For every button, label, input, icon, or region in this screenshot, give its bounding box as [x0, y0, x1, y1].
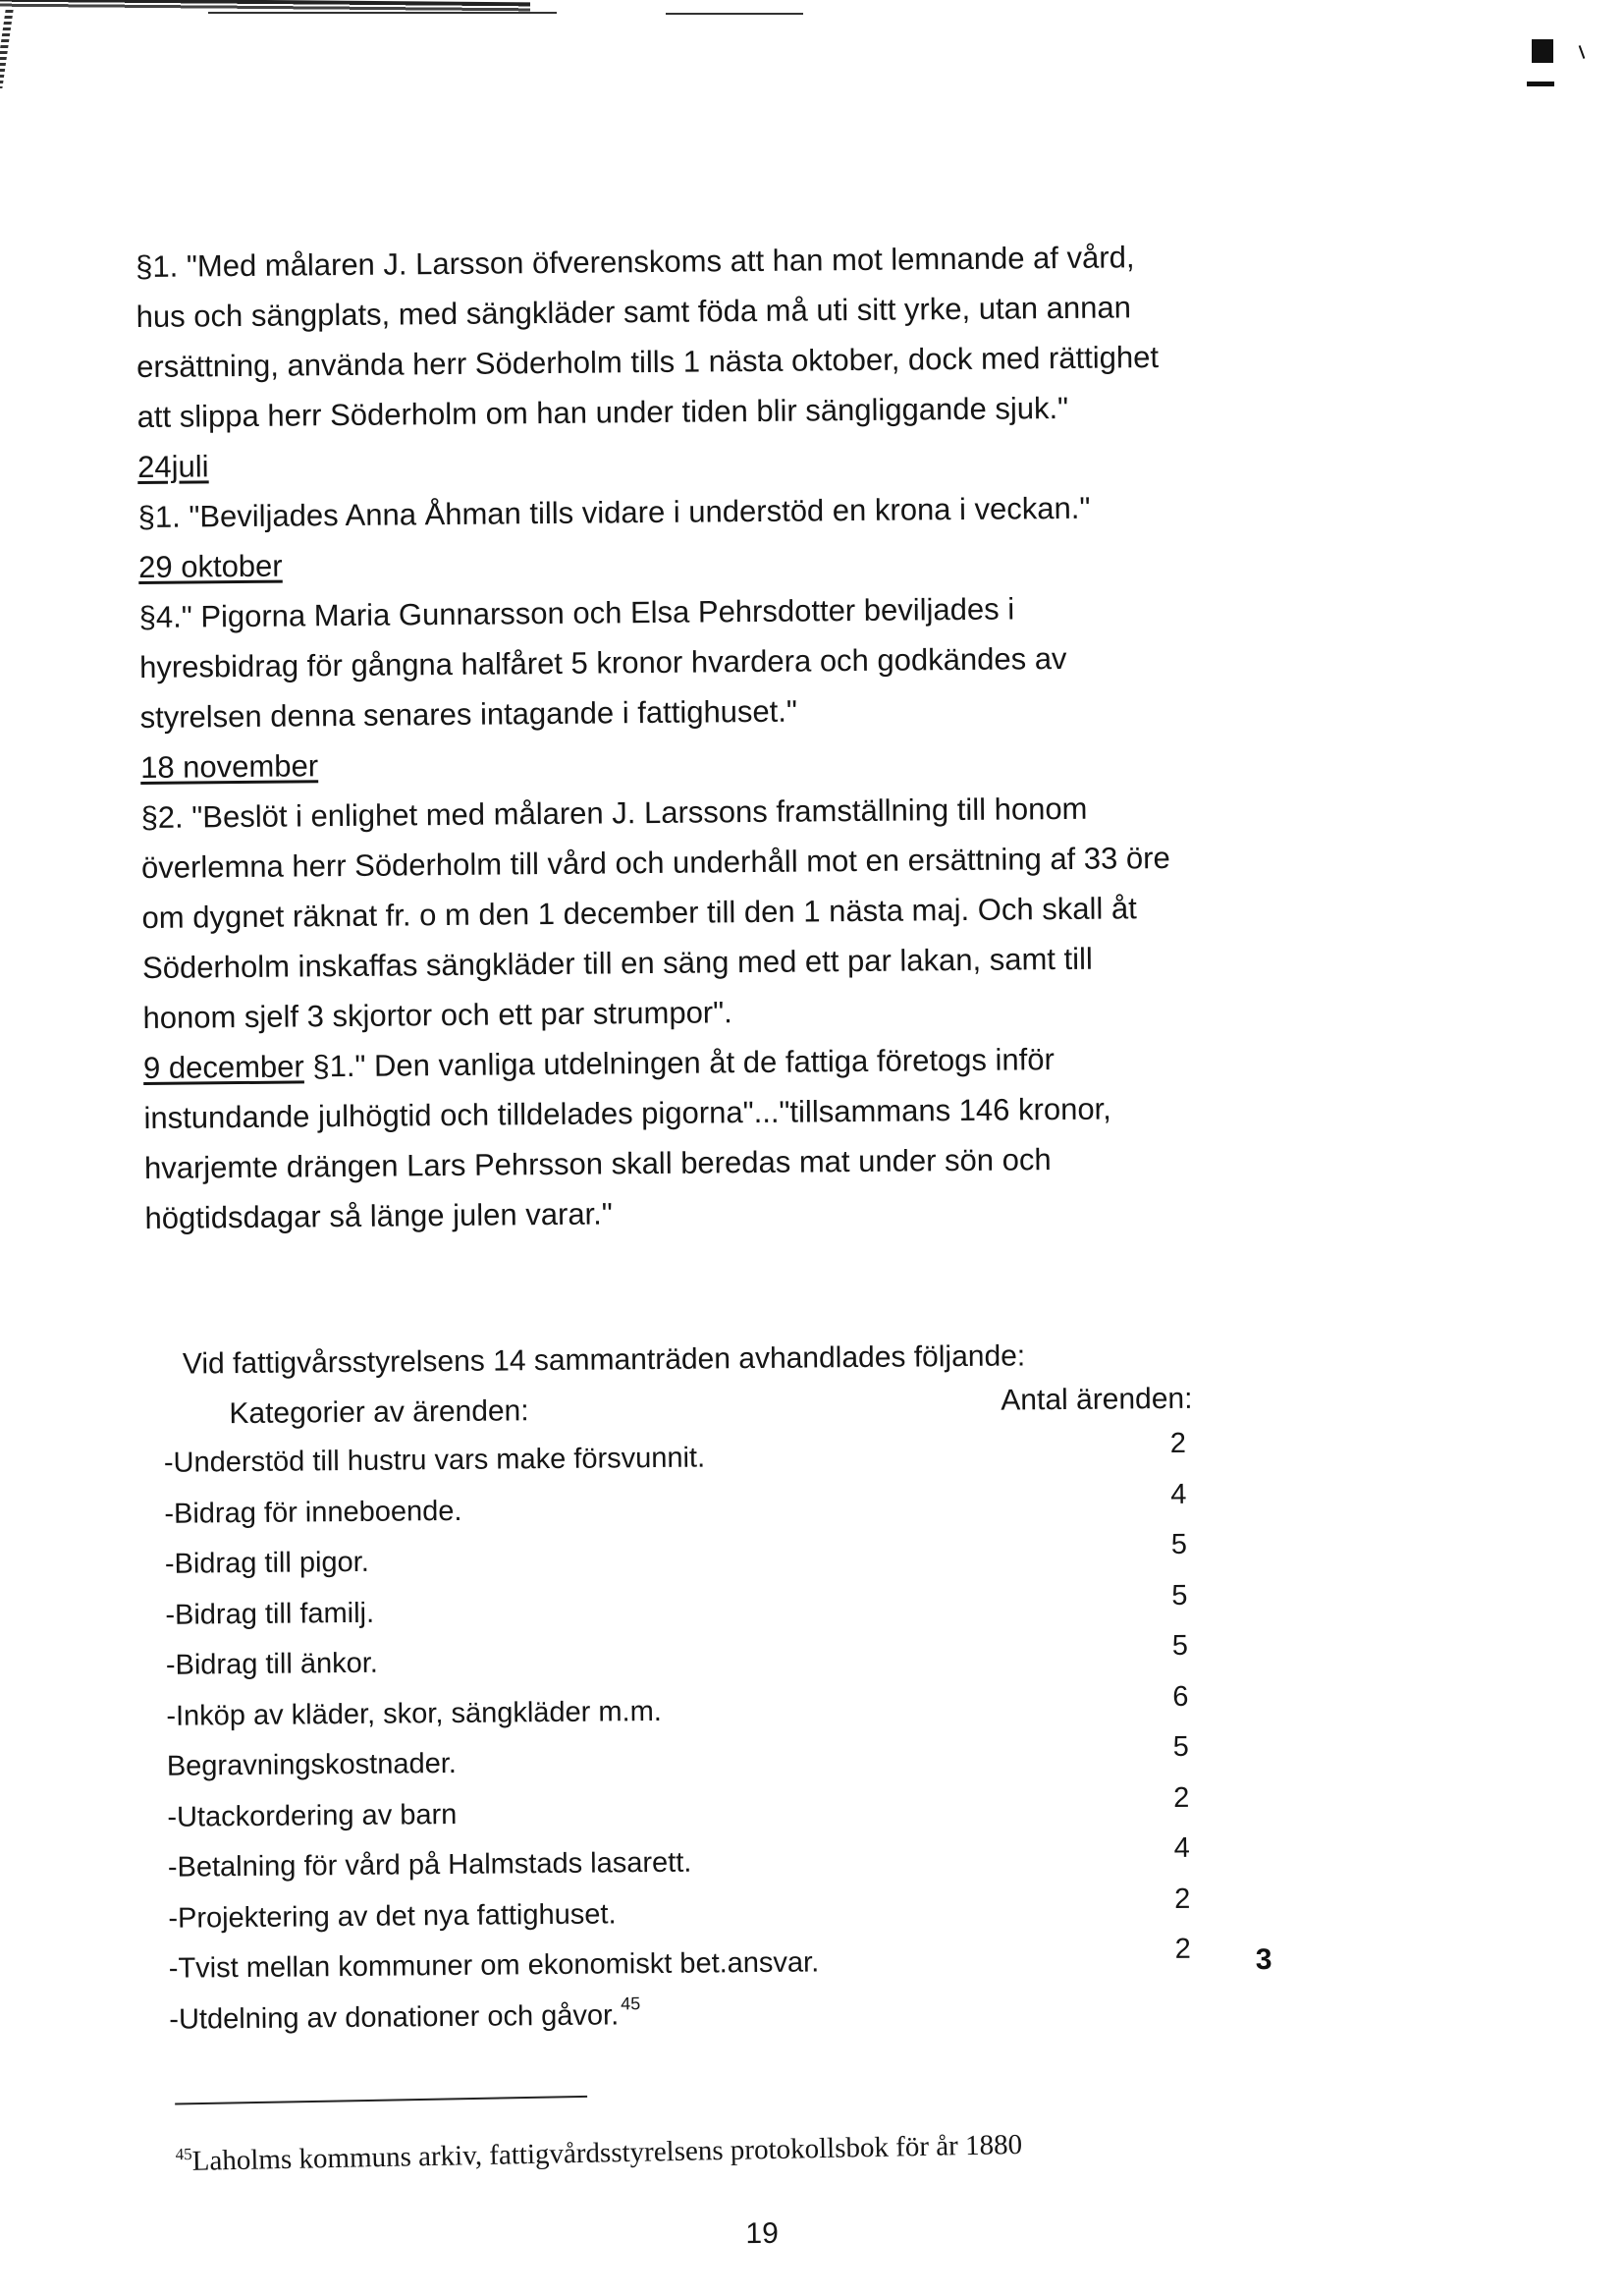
- category-label: -Bidrag till änkor.: [166, 1648, 378, 1682]
- footnote-divider: [175, 2096, 587, 2105]
- footnote: 45Laholms kommuns arkiv, fattigvårdsstyr…: [175, 2128, 1022, 2178]
- entry-line-rest: §1." Den vanliga utdelningen åt de fatti…: [304, 1042, 1055, 1083]
- entry-date: 9 december: [143, 1049, 304, 1085]
- summary-table: -Understöd till hustru vars make försvun…: [164, 1437, 1250, 2054]
- category-label: -Inköp av kläder, skor, sängkläder m.m.: [166, 1695, 662, 1732]
- category-label: -Bidrag till familj.: [165, 1597, 374, 1631]
- count-value: 5: [1171, 1579, 1187, 1611]
- count-value: 6: [1172, 1680, 1188, 1713]
- count-value: 5: [1173, 1731, 1189, 1764]
- count-value: 2: [1175, 1934, 1191, 1966]
- table-row: -Utdelning av donationer och gåvor.45: [169, 1994, 1249, 2054]
- count-value: 2: [1170, 1428, 1186, 1460]
- category-label: -Bidrag till pigor.: [165, 1547, 369, 1581]
- category-label: -Betalning för vård på Halmstads lasaret…: [168, 1847, 692, 1884]
- page-content: §1. "Med målaren J. Larsson öfverenskoms…: [0, 0, 1624, 2294]
- count-column-header: Antal ärenden:: [1001, 1383, 1192, 1418]
- count-value: 4: [1174, 1832, 1190, 1865]
- count-value: 5: [1171, 1529, 1187, 1561]
- category-label: -Tvist mellan kommuner om ekonomiskt bet…: [169, 1946, 820, 1985]
- count-value: 2: [1173, 1781, 1189, 1814]
- entry-line: högtidsdagar så länge julen varar.": [144, 1181, 1342, 1243]
- summary-intro: Vid fattigvårsstyrelsens 14 sammanträden…: [183, 1339, 1026, 1381]
- count-value: 4: [1170, 1478, 1186, 1510]
- handwritten-mark: 3: [1256, 1943, 1272, 1977]
- footnote-number: 45: [175, 2145, 191, 2163]
- category-label: -Utackordering av barn: [167, 1798, 457, 1833]
- category-label: -Understöd till hustru vars make försvun…: [164, 1443, 706, 1480]
- category-label: -Projektering av det nya fattighuset.: [168, 1898, 616, 1935]
- category-label: -Utdelning av donationer och gåvor.: [169, 1999, 619, 2036]
- count-value: 5: [1172, 1630, 1188, 1663]
- footnote-reference: 45: [621, 1994, 640, 2014]
- category-column-header: Kategorier av ärenden:: [229, 1394, 529, 1431]
- category-label: -Bidrag för inneboende.: [164, 1495, 461, 1530]
- category-label: Begravningskostnader.: [167, 1748, 457, 1783]
- paragraph-1: §1. "Med målaren J. Larsson öfverenskoms…: [135, 230, 1343, 1243]
- count-value: 2: [1174, 1883, 1190, 1915]
- page-number: 19: [745, 2217, 779, 2251]
- footnote-text: Laholms kommuns arkiv, fattigvårdsstyrel…: [191, 2129, 1022, 2177]
